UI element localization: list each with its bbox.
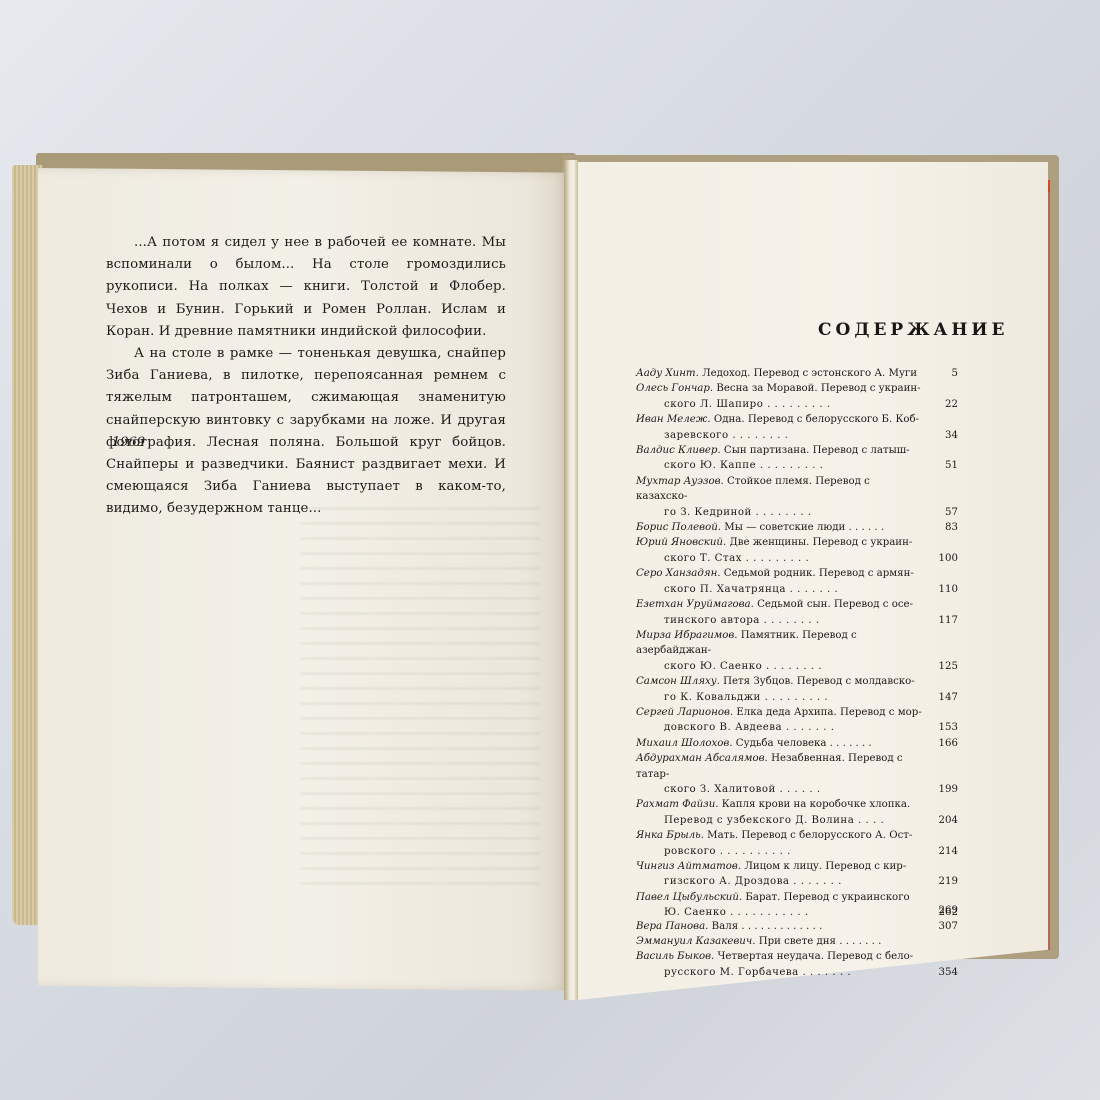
toc-author: Рахмат Файзи. <box>636 799 719 810</box>
toc-author: Чингиз Айтматов. <box>636 861 741 872</box>
toc-title-text: Одна. Перевод с белорусского Б. Коб- <box>714 414 919 425</box>
toc-entry: Юрий Яновский. Две женщины. Перевод с ук… <box>636 535 958 566</box>
toc-author: Самсон Шляху. <box>636 676 720 687</box>
toc-author: Михаил Шолохов. <box>636 738 733 749</box>
toc-author: Павел Цыбульский. <box>636 892 742 903</box>
toc-page-number: 204 <box>928 813 958 828</box>
toc-continuation: го К. Ковальджи . . . . . . . . . <box>636 690 924 705</box>
toc-entry: Рахмат Файзи. Капля крови на коробочке х… <box>636 797 958 828</box>
toc-entry: Абдурахман Абсалямов. Незабвенная. Перев… <box>636 751 958 797</box>
toc-author: Мухтар Ауэзов. <box>636 476 724 487</box>
toc-continuation: ского Т. Стах . . . . . . . . . <box>636 551 924 566</box>
paragraph: ...А потом я сидел у нее в рабочей ее ко… <box>106 232 506 343</box>
toc-entry: Валдис Кливер. Сын партизана. Перевод с … <box>636 443 958 474</box>
toc-author: Янка Брыль. <box>636 830 704 841</box>
toc-continuation: тинского автора . . . . . . . . <box>636 613 924 628</box>
toc-page-number: 147 <box>928 690 958 705</box>
toc-title-text: Мать. Перевод с белорусского А. Ост- <box>707 830 912 841</box>
toc-page-number: 214 <box>928 844 958 859</box>
toc-author: Серо Ханзадян. <box>636 568 721 579</box>
toc-continuation: гизского А. Дроздова . . . . . . . <box>636 874 924 889</box>
toc-entry: Василь Быков. Четвертая неудача. Перевод… <box>636 949 958 980</box>
toc-page-number: 166 <box>928 736 958 751</box>
open-book: ...А потом я сидел у нее в рабочей ее ко… <box>0 0 1100 1100</box>
table-of-contents: Ааду Хинт. Ледоход. Перевод с эстонского… <box>636 366 958 980</box>
toc-page-number: 153 <box>928 720 958 735</box>
toc-title-text: Ледоход. Перевод с эстонского А. Муги <box>702 368 917 379</box>
toc-continuation: Перевод с узбекского Д. Волина . . . . <box>636 813 924 828</box>
toc-title-text: Две женщины. Перевод с украин- <box>729 537 912 548</box>
toc-title-text: Барат. Перевод с украинского <box>745 892 909 903</box>
toc-page-number: 125 <box>928 659 958 674</box>
toc-title-text: Сын партизана. Перевод с латыш- <box>724 445 910 456</box>
toc-title-text: Капля крови на коробочке хлопка. <box>722 799 910 810</box>
toc-page-number: 51 <box>928 458 958 473</box>
toc-entry: Езетхан Уруймагова. Седьмой сын. Перевод… <box>636 597 958 628</box>
toc-entry: Сергей Ларионов. Елка деда Архипа. Перев… <box>636 705 958 736</box>
toc-continuation: ского З. Халитовой . . . . . . <box>636 782 924 797</box>
toc-title-text: Весна за Моравой. Перевод с украин- <box>716 383 920 394</box>
toc-author: Олесь Гончар. <box>636 383 713 394</box>
toc-title-text: Седьмой сын. Перевод с осе- <box>757 599 913 610</box>
toc-title-text: Петя Зубцов. Перевод с молдавско- <box>723 676 915 687</box>
toc-page-number: 199 <box>928 782 958 797</box>
toc-continuation: ского Ю. Каппе . . . . . . . . . <box>636 458 924 473</box>
toc-title-text: Мы — советские люди . . . . . . <box>724 522 884 533</box>
toc-author: Валдис Кливер. <box>636 445 721 456</box>
toc-page-number: 110 <box>928 582 958 597</box>
toc-title-text: Лицом к лицу. Перевод с кир- <box>744 861 906 872</box>
toc-author: Ааду Хинт. <box>636 368 699 379</box>
toc-entry: Вера Панова. Валя . . . . . . . . . . . … <box>636 919 958 934</box>
toc-title-text: Судьба человека . . . . . . . <box>736 738 872 749</box>
toc-page-number: 5 <box>928 366 958 381</box>
toc-title-text: Елка деда Архипа. Перевод с мор- <box>736 707 921 718</box>
toc-entry: Мухтар Ауэзов. Стойкое племя. Перевод с … <box>636 474 958 520</box>
toc-author: Эммануил Казакевич. <box>636 936 755 947</box>
toc-author: Абдурахман Абсалямов. <box>636 753 768 764</box>
toc-title-text: Валя . . . . . . . . . . . . . <box>712 921 823 932</box>
book-gutter <box>564 160 578 1000</box>
toc-continuation: ровского . . . . . . . . . . <box>636 844 924 859</box>
toc-title-text: Четвертая неудача. Перевод с бело- <box>718 951 914 962</box>
toc-continuation: ского Л. Шапиро . . . . . . . . . <box>636 397 924 412</box>
toc-author: Вера Панова. <box>636 921 708 932</box>
toc-page-number: 22 <box>928 397 958 412</box>
toc-entry: Иван Мележ. Одна. Перевод с белорусского… <box>636 412 958 443</box>
toc-continuation: русского М. Горбачева . . . . . . . <box>636 965 924 980</box>
toc-entry: Мирза Ибрагимов. Памятник. Перевод с азе… <box>636 628 958 674</box>
toc-entry: Янка Брыль. Мать. Перевод с белорусского… <box>636 828 958 859</box>
toc-page-number: 34 <box>928 428 958 443</box>
toc-page-number: 219 <box>928 874 958 889</box>
toc-author: Борис Полевой. <box>636 522 721 533</box>
toc-entry: Чингиз Айтматов. Лицом к лицу. Перевод с… <box>636 859 958 890</box>
toc-continuation: ского Ю. Саенко . . . . . . . . <box>636 659 924 674</box>
toc-continuation: ского П. Хачатрянца . . . . . . . <box>636 582 924 597</box>
toc-page-number: 269 <box>928 903 958 918</box>
toc-page-number: 57 <box>928 505 958 520</box>
toc-page-number: 354 <box>928 965 958 980</box>
story-year: 1969 <box>112 435 145 450</box>
toc-author: Мирза Ибрагимов. <box>636 630 738 641</box>
toc-continuation: го З. Кедриной . . . . . . . . <box>636 505 924 520</box>
show-through-text <box>300 495 540 895</box>
toc-author: Езетхан Уруймагова. <box>636 599 754 610</box>
toc-title-text: При свете дня . . . . . . . <box>759 936 882 947</box>
toc-page-number: 100 <box>928 551 958 566</box>
toc-page-number: 117 <box>928 613 958 628</box>
toc-author: Василь Быков. <box>636 951 714 962</box>
toc-continuation: довского В. Авдеева . . . . . . . <box>636 720 924 735</box>
toc-title-text: Седьмой родник. Перевод с армян- <box>724 568 914 579</box>
toc-entry: Серо Ханзадян. Седьмой родник. Перевод с… <box>636 566 958 597</box>
toc-entry: Самсон Шляху. Петя Зубцов. Перевод с мол… <box>636 674 958 705</box>
toc-author: Юрий Яновский. <box>636 537 726 548</box>
toc-entry: Олесь Гончар. Весна за Моравой. Перевод … <box>636 381 958 412</box>
toc-author: Сергей Ларионов. <box>636 707 733 718</box>
toc-title: СОДЕРЖАНИЕ <box>818 320 1008 340</box>
toc-entry: Эммануил Казакевич. При свете дня . . . … <box>636 934 958 949</box>
toc-author: Иван Мележ. <box>636 414 711 425</box>
story-ending-text: ...А потом я сидел у нее в рабочей ее ко… <box>106 232 506 521</box>
paragraph: А на столе в рамке — тоненькая девушка, … <box>106 343 506 521</box>
toc-entry: Ааду Хинт. Ледоход. Перевод с эстонского… <box>636 366 958 381</box>
toc-entry: Борис Полевой. Мы — советские люди . . .… <box>636 520 958 535</box>
toc-entry: Павел Цыбульский. Барат. Перевод с украи… <box>636 890 958 921</box>
toc-page-number: 83 <box>928 520 958 535</box>
toc-entry: Михаил Шолохов. Судьба человека . . . . … <box>636 736 958 751</box>
toc-continuation: заревского . . . . . . . . <box>636 428 924 443</box>
toc-page-number: 307 <box>928 919 958 934</box>
